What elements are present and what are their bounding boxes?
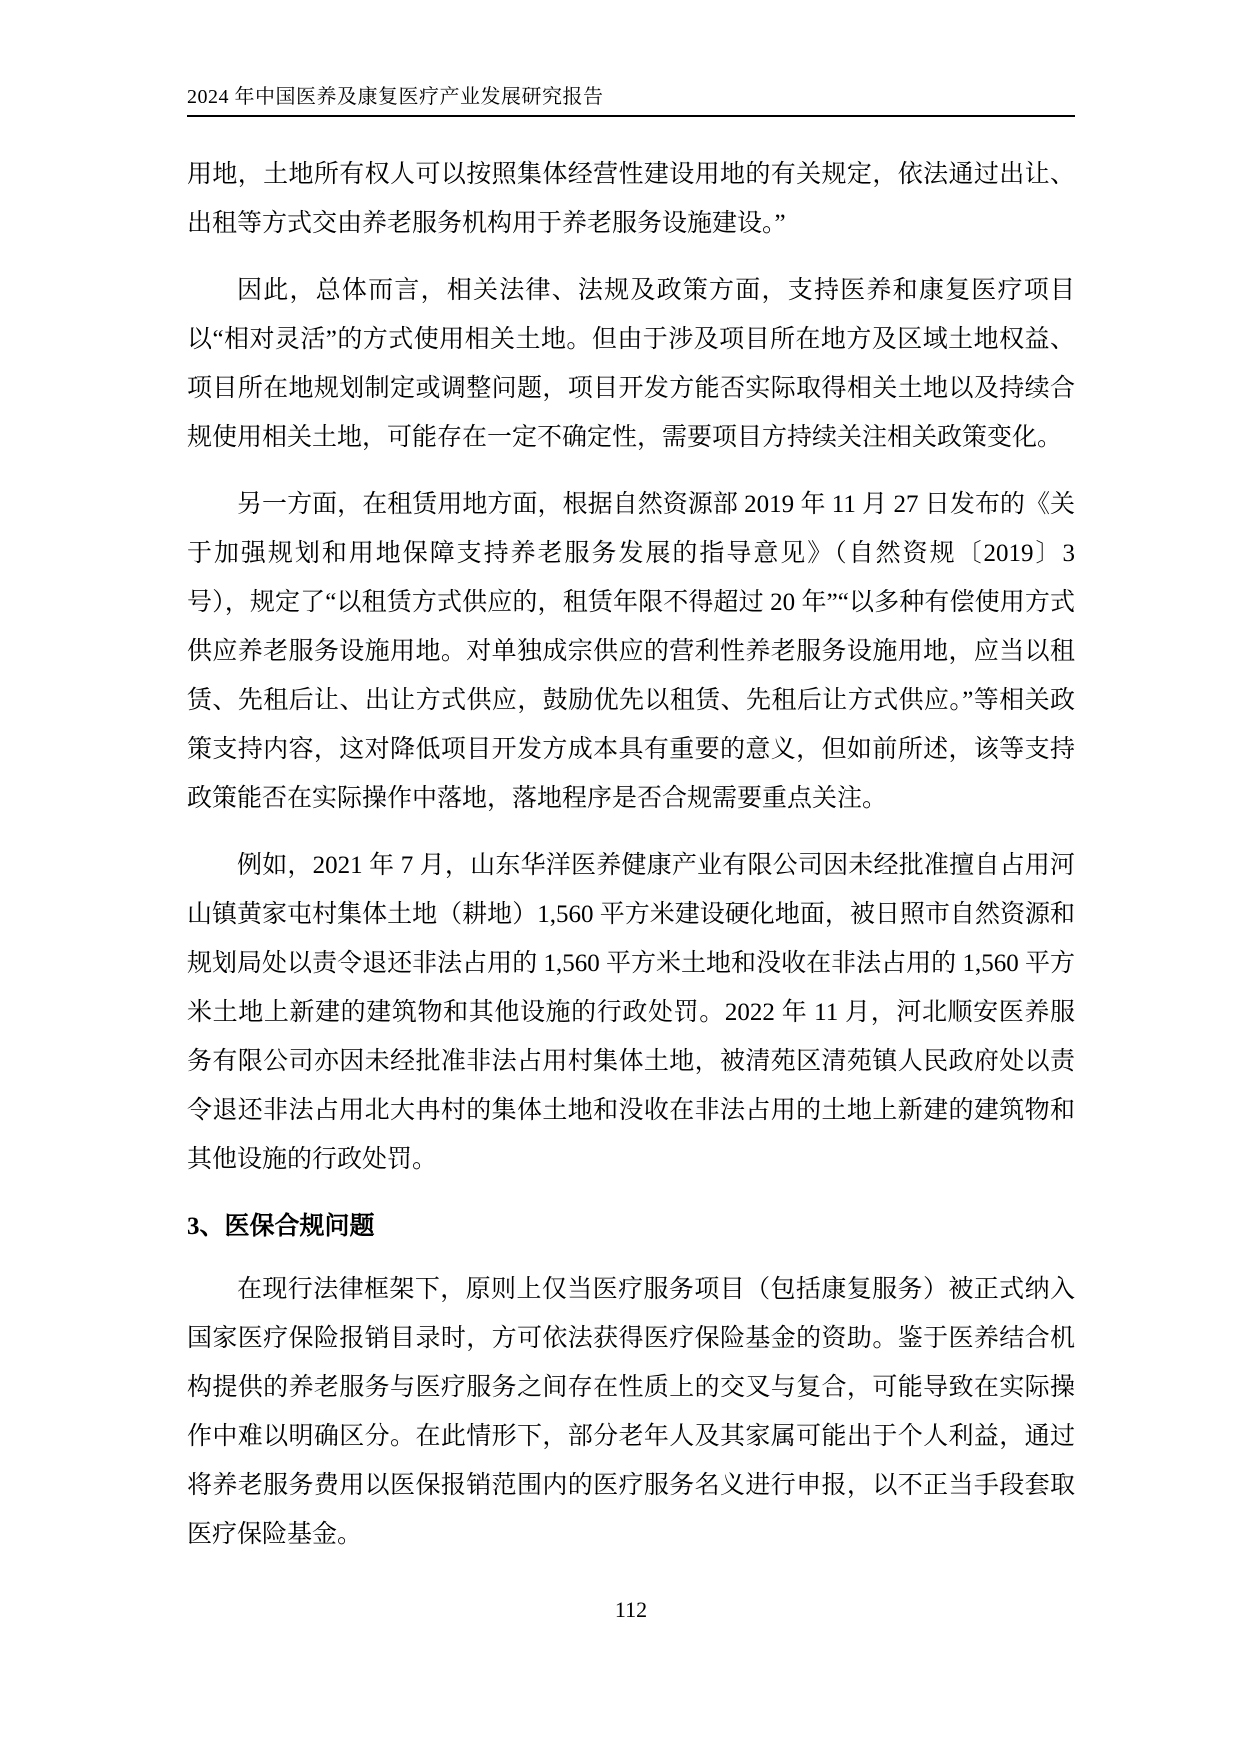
page-body: 用地，土地所有权人可以按照集体经营性建设用地的有关规定，依法通过出让、出租等方式… xyxy=(187,150,1075,1577)
page-footer: 112 xyxy=(187,1596,1075,1624)
paragraph-legal-summary: 因此，总体而言，相关法律、法规及政策方面，支持医养和康复医疗项目以“相对灵活”的… xyxy=(187,266,1075,462)
document-page: 2024 年中国医养及康复医疗产业发展研究报告 用地，土地所有权人可以按照集体经… xyxy=(0,0,1240,1754)
page-number: 112 xyxy=(615,1597,647,1622)
paragraph-lease-land-policy: 另一方面，在租赁用地方面，根据自然资源部 2019 年 11 月 27 日发布的… xyxy=(187,480,1075,823)
paragraph-land-use-continuation: 用地，土地所有权人可以按照集体经营性建设用地的有关规定，依法通过出让、出租等方式… xyxy=(187,150,1075,248)
report-title: 2024 年中国医养及康复医疗产业发展研究报告 xyxy=(187,86,1075,108)
paragraph-violation-examples: 例如，2021 年 7 月，山东华洋医养健康产业有限公司因未经批准擅自占用河山镇… xyxy=(187,841,1075,1184)
paragraph-medical-insurance-framework: 在现行法律框架下，原则上仅当医疗服务项目（包括康复服务）被正式纳入国家医疗保险报… xyxy=(187,1265,1075,1559)
section-heading-medical-insurance-compliance: 3、医保合规问题 xyxy=(187,1202,1075,1251)
page-header: 2024 年中国医养及康复医疗产业发展研究报告 xyxy=(187,86,1075,117)
